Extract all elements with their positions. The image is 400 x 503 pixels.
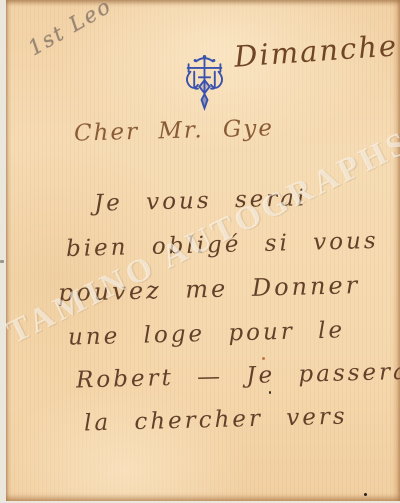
- letter-scan: 1st Leo Dimanche Cher Mr. Gye Je vous se…: [0, 0, 400, 503]
- scan-edge-mark: [0, 260, 4, 263]
- monogram-crest-icon: [181, 53, 228, 111]
- ink-speck: [269, 391, 271, 394]
- salutation-line: Cher Mr. Gye: [74, 115, 275, 146]
- ink-speck: [262, 357, 265, 360]
- ink-speck: [364, 493, 367, 496]
